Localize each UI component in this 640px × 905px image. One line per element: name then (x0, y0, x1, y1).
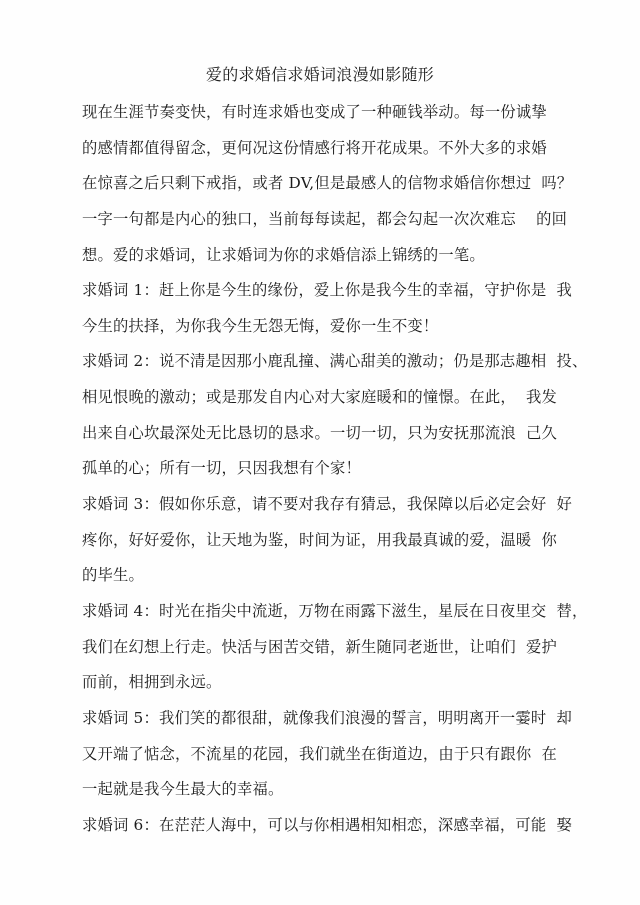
text-line: 孤单的心；所有一切，只因我想有个家！ (82, 451, 562, 487)
text-line: 今生的扶择，为你我今生无怨无悔，爱你一生不变！ (82, 309, 562, 345)
proposal-5-heading-line: 求婚词 5：我们笑的都很甜，就像我们浪漫的誓言，明明离开一霎时 却 (82, 701, 562, 737)
proposal-6-heading-line: 求婚词 6：在茫茫人海中，可以与你相遇相知相恋，深感幸福，可能 娶 (82, 808, 562, 844)
document-title: 爱的求婚信求婚词浪漫如影随形 (0, 64, 640, 86)
text-line: 而前，相拥到永远。 (82, 665, 562, 701)
text-line: 的感情都值得留念，更何况这份情感行将开花成果。不外大多的求婚 (82, 131, 562, 167)
text-line: 一起就是我今生最大的幸福。 (82, 772, 562, 808)
document-body: 现在生涯节奏变快，有时连求婚也变成了一种砸钱举动。每一份诚挚 的感情都值得留念，… (82, 95, 562, 843)
text-line: 相见恨晚的激动；或是那发自内心对大家庭暖和的憧憬。在此， 我发 (82, 380, 562, 416)
text-line: 在惊喜之后只剩下戒指，或者 DV,但是最感人的信物求婚信你想过 吗？ (82, 166, 562, 202)
text-line: 疼你，好好爱你，让天地为鉴，时间为证，用我最真诚的爱，温暖 你 (82, 523, 562, 559)
text-line: 的毕生。 (82, 558, 562, 594)
proposal-1-heading-line: 求婚词 1：赶上你是今生的缘份，爱上你是我今生的幸福，守护你是 我 (82, 273, 562, 309)
text-line: 出来自心坎最深处无比恳切的恳求。一切一切，只为安抚那流浪 己久 (82, 416, 562, 452)
proposal-3-heading-line: 求婚词 3：假如你乐意，请不要对我存有猜忌，我保障以后必定会好 好 (82, 487, 562, 523)
text-line: 又开端了惦念，不流星的花园，我们就坐在街道边，由于只有跟你 在 (82, 737, 562, 773)
text-line: 一字一句都是内心的独口，当前每每读起，都会勾起一次次难忘 的回 (82, 202, 562, 238)
text-line: 想。爱的求婚词，让求婚词为你的求婚信添上锦绣的一笔。 (82, 238, 562, 274)
proposal-2-heading-line: 求婚词 2：说不清是因那小鹿乱撞、满心甜美的激动；仍是那志趣相 投、 (82, 344, 562, 380)
document-page: 爱的求婚信求婚词浪漫如影随形 现在生涯节奏变快，有时连求婚也变成了一种砸钱举动。… (0, 0, 640, 905)
proposal-4-heading-line: 求婚词 4：时光在指尖中流逝，万物在雨露下滋生，星辰在日夜里交 替， (82, 594, 562, 630)
text-line: 我们在幻想上行走。快活与困苦交错，新生随同老逝世，让咱们 爱护 (82, 630, 562, 666)
text-line: 现在生涯节奏变快，有时连求婚也变成了一种砸钱举动。每一份诚挚 (82, 95, 562, 131)
